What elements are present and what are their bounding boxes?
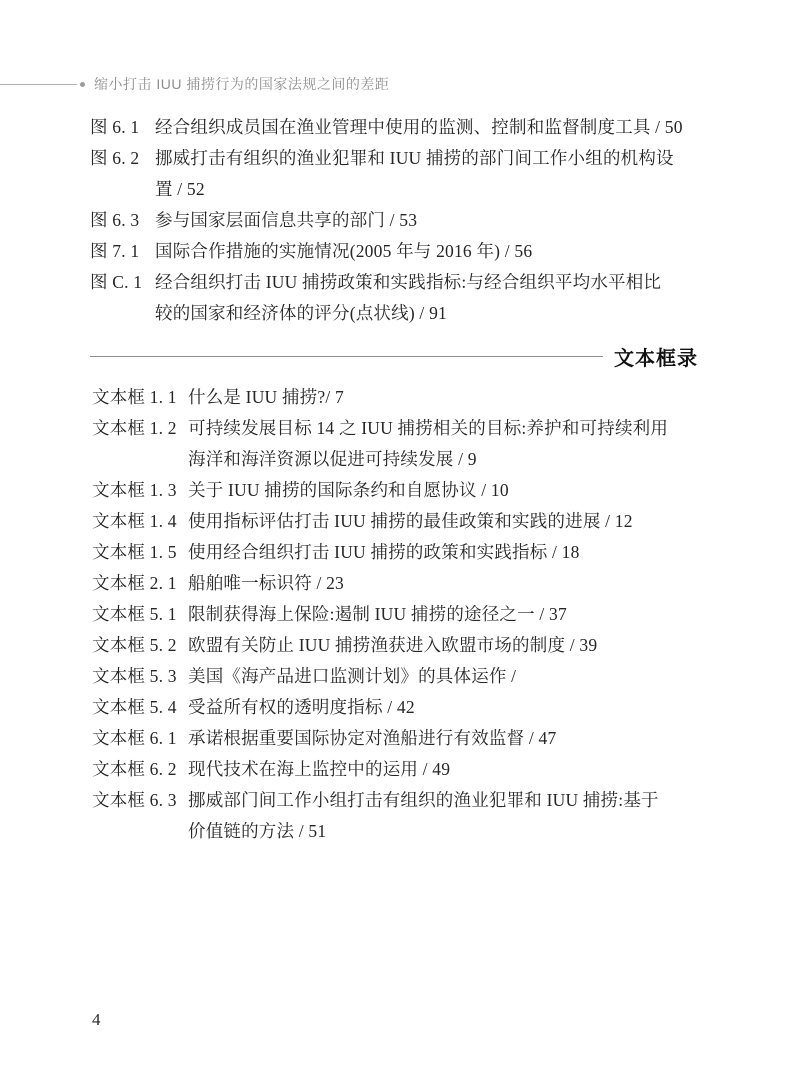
textbox-text: 现代技术在海上监控中的运用 / 49 (188, 754, 695, 785)
section-divider: 文本框录 (90, 341, 698, 372)
figure-text: 参与国家层面信息共享的部门 / 53 (155, 205, 695, 236)
textbox-text: 关于 IUU 捕捞的国际条约和自愿协议 / 10 (188, 475, 695, 506)
textbox-text: 什么是 IUU 捕捞?/ 7 (188, 382, 695, 413)
textbox-text: 限制获得海上保险:遏制 IUU 捕捞的途径之一 / 37 (188, 599, 695, 630)
textbox-label: 文本框 6. 2 (92, 754, 188, 785)
textbox-label: 文本框 1. 2 (92, 413, 188, 444)
textbox-label: 文本框 5. 3 (92, 661, 188, 692)
figure-item: 图 6. 2 挪威打击有组织的渔业犯罪和 IUU 捕捞的部门间工作小组的机构设 … (90, 143, 695, 205)
textbox-item: 文本框 5. 4 受益所有权的透明度指标 / 42 (92, 692, 695, 723)
textbox-item: 文本框 1. 4 使用指标评估打击 IUU 捕捞的最佳政策和实践的进展 / 12 (92, 506, 695, 537)
textbox-label: 文本框 2. 1 (92, 568, 188, 599)
running-head-title: 缩小打击 IUU 捕捞行为的国家法规之间的差距 (94, 74, 389, 94)
header-rule-line (0, 84, 77, 85)
section-title: 文本框录 (614, 342, 698, 371)
textbox-label: 文本框 1. 1 (92, 382, 188, 413)
figure-label: 图 6. 2 (90, 143, 155, 174)
textbox-text: 使用经合组织打击 IUU 捕捞的政策和实践指标 / 18 (188, 537, 695, 568)
textbox-text: 挪威部门间工作小组打击有组织的渔业犯罪和 IUU 捕捞:基于 价值链的方法 / … (188, 785, 695, 847)
figure-text: 经合组织打击 IUU 捕捞政策和实践指标:与经合组织平均水平相比 较的国家和经济… (155, 267, 695, 329)
document-page: 缩小打击 IUU 捕捞行为的国家法规之间的差距 图 6. 1 经合组织成员国在渔… (0, 0, 799, 1082)
textbox-label: 文本框 5. 4 (92, 692, 188, 723)
figure-text: 挪威打击有组织的渔业犯罪和 IUU 捕捞的部门间工作小组的机构设 置 / 52 (155, 143, 695, 205)
textbox-label: 文本框 5. 1 (92, 599, 188, 630)
textboxes-list: 文本框 1. 1 什么是 IUU 捕捞?/ 7 文本框 1. 2 可持续发展目标… (92, 382, 695, 847)
textbox-item: 文本框 1. 2 可持续发展目标 14 之 IUU 捕捞相关的目标:养护和可持续… (92, 413, 695, 475)
textbox-text: 可持续发展目标 14 之 IUU 捕捞相关的目标:养护和可持续利用 海洋和海洋资… (188, 413, 695, 475)
textbox-item: 文本框 5. 2 欧盟有关防止 IUU 捕捞渔获进入欧盟市场的制度 / 39 (92, 630, 695, 661)
figure-label: 图 6. 3 (90, 205, 155, 236)
textbox-item: 文本框 6. 1 承诺根据重要国际协定对渔船进行有效监督 / 47 (92, 723, 695, 754)
figure-item: 图 7. 1 国际合作措施的实施情况(2005 年与 2016 年) / 56 (90, 236, 695, 267)
figure-text: 国际合作措施的实施情况(2005 年与 2016 年) / 56 (155, 236, 695, 267)
textbox-text: 欧盟有关防止 IUU 捕捞渔获进入欧盟市场的制度 / 39 (188, 630, 695, 661)
textbox-label: 文本框 5. 2 (92, 630, 188, 661)
textbox-item: 文本框 2. 1 船舶唯一标识符 / 23 (92, 568, 695, 599)
textbox-item: 文本框 1. 3 关于 IUU 捕捞的国际条约和自愿协议 / 10 (92, 475, 695, 506)
figure-label: 图 6. 1 (90, 112, 155, 143)
textbox-text: 船舶唯一标识符 / 23 (188, 568, 695, 599)
figure-item: 图 6. 1 经合组织成员国在渔业管理中使用的监测、控制和监督制度工具 / 50 (90, 112, 695, 143)
textbox-text: 承诺根据重要国际协定对渔船进行有效监督 / 47 (188, 723, 695, 754)
textbox-item: 文本框 6. 3 挪威部门间工作小组打击有组织的渔业犯罪和 IUU 捕捞:基于 … (92, 785, 695, 847)
textbox-label: 文本框 1. 5 (92, 537, 188, 568)
figure-label: 图 7. 1 (90, 236, 155, 267)
textbox-item: 文本框 1. 5 使用经合组织打击 IUU 捕捞的政策和实践指标 / 18 (92, 537, 695, 568)
figure-label: 图 C. 1 (90, 267, 155, 298)
textbox-text: 美国《海产品进口监测计划》的具体运作 / (188, 661, 695, 692)
textbox-item: 文本框 5. 1 限制获得海上保险:遏制 IUU 捕捞的途径之一 / 37 (92, 599, 695, 630)
figure-text: 经合组织成员国在渔业管理中使用的监测、控制和监督制度工具 / 50 (155, 112, 695, 143)
textbox-item: 文本框 5. 3 美国《海产品进口监测计划》的具体运作 / (92, 661, 695, 692)
textbox-item: 文本框 6. 2 现代技术在海上监控中的运用 / 49 (92, 754, 695, 785)
running-head: 缩小打击 IUU 捕捞行为的国家法规之间的差距 (0, 74, 799, 94)
page-number: 4 (92, 1010, 101, 1030)
textbox-label: 文本框 1. 4 (92, 506, 188, 537)
textbox-label: 文本框 1. 3 (92, 475, 188, 506)
figure-item: 图 C. 1 经合组织打击 IUU 捕捞政策和实践指标:与经合组织平均水平相比 … (90, 267, 695, 329)
textbox-label: 文本框 6. 1 (92, 723, 188, 754)
bullet-dot-icon (80, 82, 85, 87)
textbox-text: 使用指标评估打击 IUU 捕捞的最佳政策和实践的进展 / 12 (188, 506, 695, 537)
figures-list: 图 6. 1 经合组织成员国在渔业管理中使用的监测、控制和监督制度工具 / 50… (90, 112, 695, 329)
textbox-item: 文本框 1. 1 什么是 IUU 捕捞?/ 7 (92, 382, 695, 413)
figure-item: 图 6. 3 参与国家层面信息共享的部门 / 53 (90, 205, 695, 236)
divider-rule-line (90, 356, 603, 357)
textbox-text: 受益所有权的透明度指标 / 42 (188, 692, 695, 723)
textbox-label: 文本框 6. 3 (92, 785, 188, 816)
